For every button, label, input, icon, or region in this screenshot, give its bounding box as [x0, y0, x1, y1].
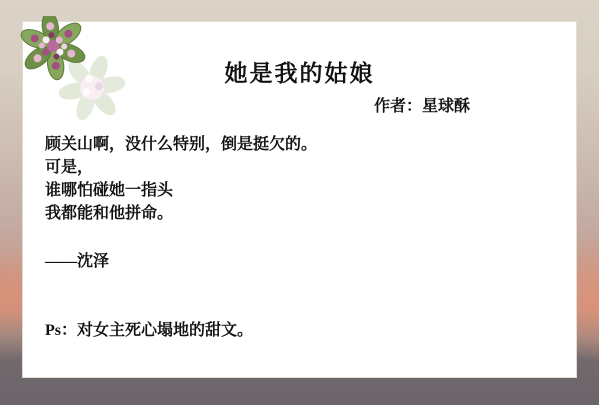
excerpt-line: 谁哪怕碰她一指头	[45, 179, 545, 202]
excerpt-line: 顾关山啊，没什么特别，倒是挺欠的。	[45, 133, 545, 156]
signature-line: ——沈泽	[45, 248, 109, 271]
story-excerpt: 顾关山啊，没什么特别，倒是挺欠的。 可是， 谁哪怕碰她一指头 我都能和他拼命。	[45, 133, 545, 225]
story-title: 她是我的姑娘	[0, 55, 599, 88]
author-line: 作者：星球酥	[0, 93, 470, 116]
excerpt-line: 可是，	[45, 156, 545, 179]
postscript-line: Ps：对女主死心塌地的甜文。	[45, 317, 253, 340]
excerpt-line: 我都能和他拼命。	[45, 202, 545, 225]
greeting-card-page: { "page": { "title": "她是我的姑娘", "author_l…	[0, 0, 599, 405]
